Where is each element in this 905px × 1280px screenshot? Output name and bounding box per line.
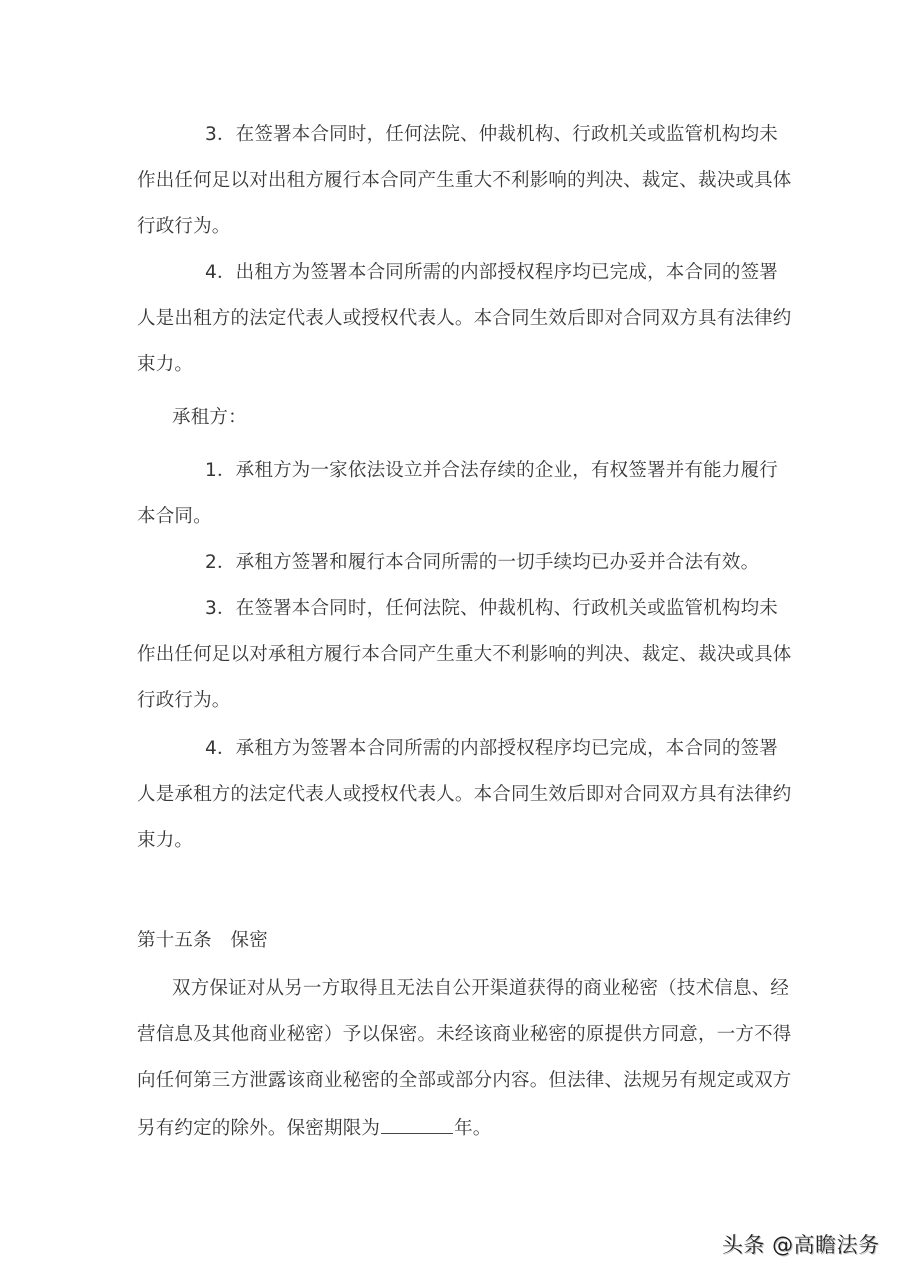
lessee-heading: 承租方： (172, 406, 812, 430)
lessee-item1-line2: 本合同。 (137, 505, 777, 529)
lessor-item3-line2: 作出任何足以对出租方履行本合同产生重大不利影响的判决、裁定、裁决或具体 (137, 169, 777, 193)
document-page: 3．在签署本合同时，任何法院、仲裁机构、行政机关或监管机构均未 作出任何足以对出… (0, 0, 905, 1280)
article15-line4-text: 另有约定的除外。保密期限为 (137, 1118, 380, 1139)
article15-title: 第十五条 保密 (137, 929, 777, 953)
lessee-item4-line1: 4．承租方为签署本合同所需的内部授权程序均已完成，本合同的签署 (205, 737, 845, 761)
lessee-item1-line1: 1．承租方为一家依法设立并合法存续的企业，有权签署并有能力履行 (205, 459, 845, 483)
article15-line3: 向任何第三方泄露该商业秘密的全部或部分内容。但法律、法规另有规定或双方 (137, 1069, 777, 1093)
lessee-item3-line2: 作出任何足以对承租方履行本合同产生重大不利影响的判决、裁定、裁决或具体 (137, 643, 777, 667)
article15-line4: 另有约定的除外。保密期限为年。 (137, 1115, 777, 1141)
lessee-item4-line2: 人是承租方的法定代表人或授权代表人。本合同生效后即对合同双方具有法律约 (137, 783, 777, 807)
lessor-item3-line1: 3．在签署本合同时，任何法院、仲裁机构、行政机关或监管机构均未 (205, 123, 845, 147)
article15-line2: 营信息及其他商业秘密）予以保密。未经该商业秘密的原提供方同意，一方不得 (137, 1023, 777, 1047)
lessor-item4-line2: 人是出租方的法定代表人或授权代表人。本合同生效后即对合同双方具有法律约 (137, 307, 777, 331)
confidentiality-years-blank (381, 1115, 453, 1134)
lessor-item4-line3: 束力。 (137, 353, 777, 377)
watermark: 头条 @高瞻法务 (722, 1232, 880, 1258)
lessee-item2-line1: 2．承租方签署和履行本合同所需的一切手续均已办妥并合法有效。 (205, 551, 845, 575)
article15-line4-suffix: 年。 (454, 1118, 491, 1139)
lessor-item3-line3: 行政行为。 (137, 215, 777, 239)
lessor-item4-line1: 4．出租方为签署本合同所需的内部授权程序均已完成，本合同的签署 (205, 261, 845, 285)
lessee-item3-line1: 3．在签署本合同时，任何法院、仲裁机构、行政机关或监管机构均未 (205, 597, 845, 621)
lessee-item4-line3: 束力。 (137, 829, 777, 853)
article15-line1: 双方保证对从另一方取得且无法自公开渠道获得的商业秘密（技术信息、经 (172, 977, 812, 1001)
lessee-item3-line3: 行政行为。 (137, 689, 777, 713)
